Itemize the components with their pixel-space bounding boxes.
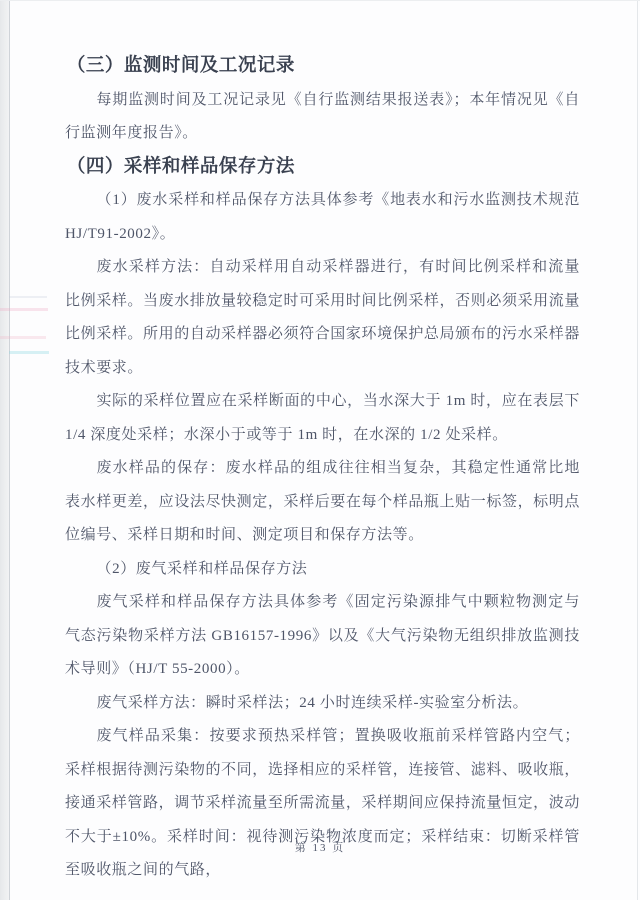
section-heading-4: （四）采样和样品保存方法 (65, 151, 580, 185)
page-left-edge-shadow (0, 0, 10, 900)
scanned-document-page: （三）监测时间及工况记录 每期监测时间及工况记录见《自行监测结果报送表》；本年情… (0, 0, 640, 900)
page-right-edge-line (637, 0, 638, 900)
paragraph-gas-ref: 废气采样和样品保存方法具体参考《固定污染源排气中颗粒物测定与气态污染物采样方法 … (65, 586, 580, 687)
paragraph-sample-storage: 废水样品的保存：废水样品的组成往往相当复杂，其稳定性通常比地表水样更差，应设法尽… (65, 452, 580, 553)
document-body: （三）监测时间及工况记录 每期监测时间及工况记录见《自行监测结果报送表》；本年情… (65, 50, 580, 888)
paragraph-wastewater-method: 废水采样方法：自动采样用自动采样器进行，有时间比例采样和流量比例采样。当废水排放… (65, 251, 580, 385)
page-number: 第 13 页 (0, 839, 640, 855)
paragraph-sampling-position: 实际的采样位置应在采样断面的中心，当水深大于 1m 时，应在表层下 1/4 深度… (65, 385, 580, 452)
paragraph-monitoring-record: 每期监测时间及工况记录见《自行监测结果报送表》；本年情况见《自行监测年度报告》。 (65, 84, 580, 151)
paragraph-gas-method: 废气采样方法：瞬时采样法；24 小时连续采样-实验室分析法。 (65, 687, 580, 721)
paragraph-gas-subheading: （2）废气采样和样品保存方法 (65, 553, 580, 587)
section-heading-3: （三）监测时间及工况记录 (65, 50, 580, 84)
scan-artifact (9, 351, 49, 354)
scan-artifact (9, 296, 47, 298)
page-top-edge-line (0, 0, 640, 1)
paragraph-wastewater-ref: （1）废水采样和样品保存方法具体参考《地表水和污水监测技术规范 HJ/T91-2… (65, 184, 580, 251)
paragraph-gas-collection: 废气样品采集：按要求预热采样管；置换吸收瓶前采样管路内空气；采样根据待测污染物的… (65, 720, 580, 888)
